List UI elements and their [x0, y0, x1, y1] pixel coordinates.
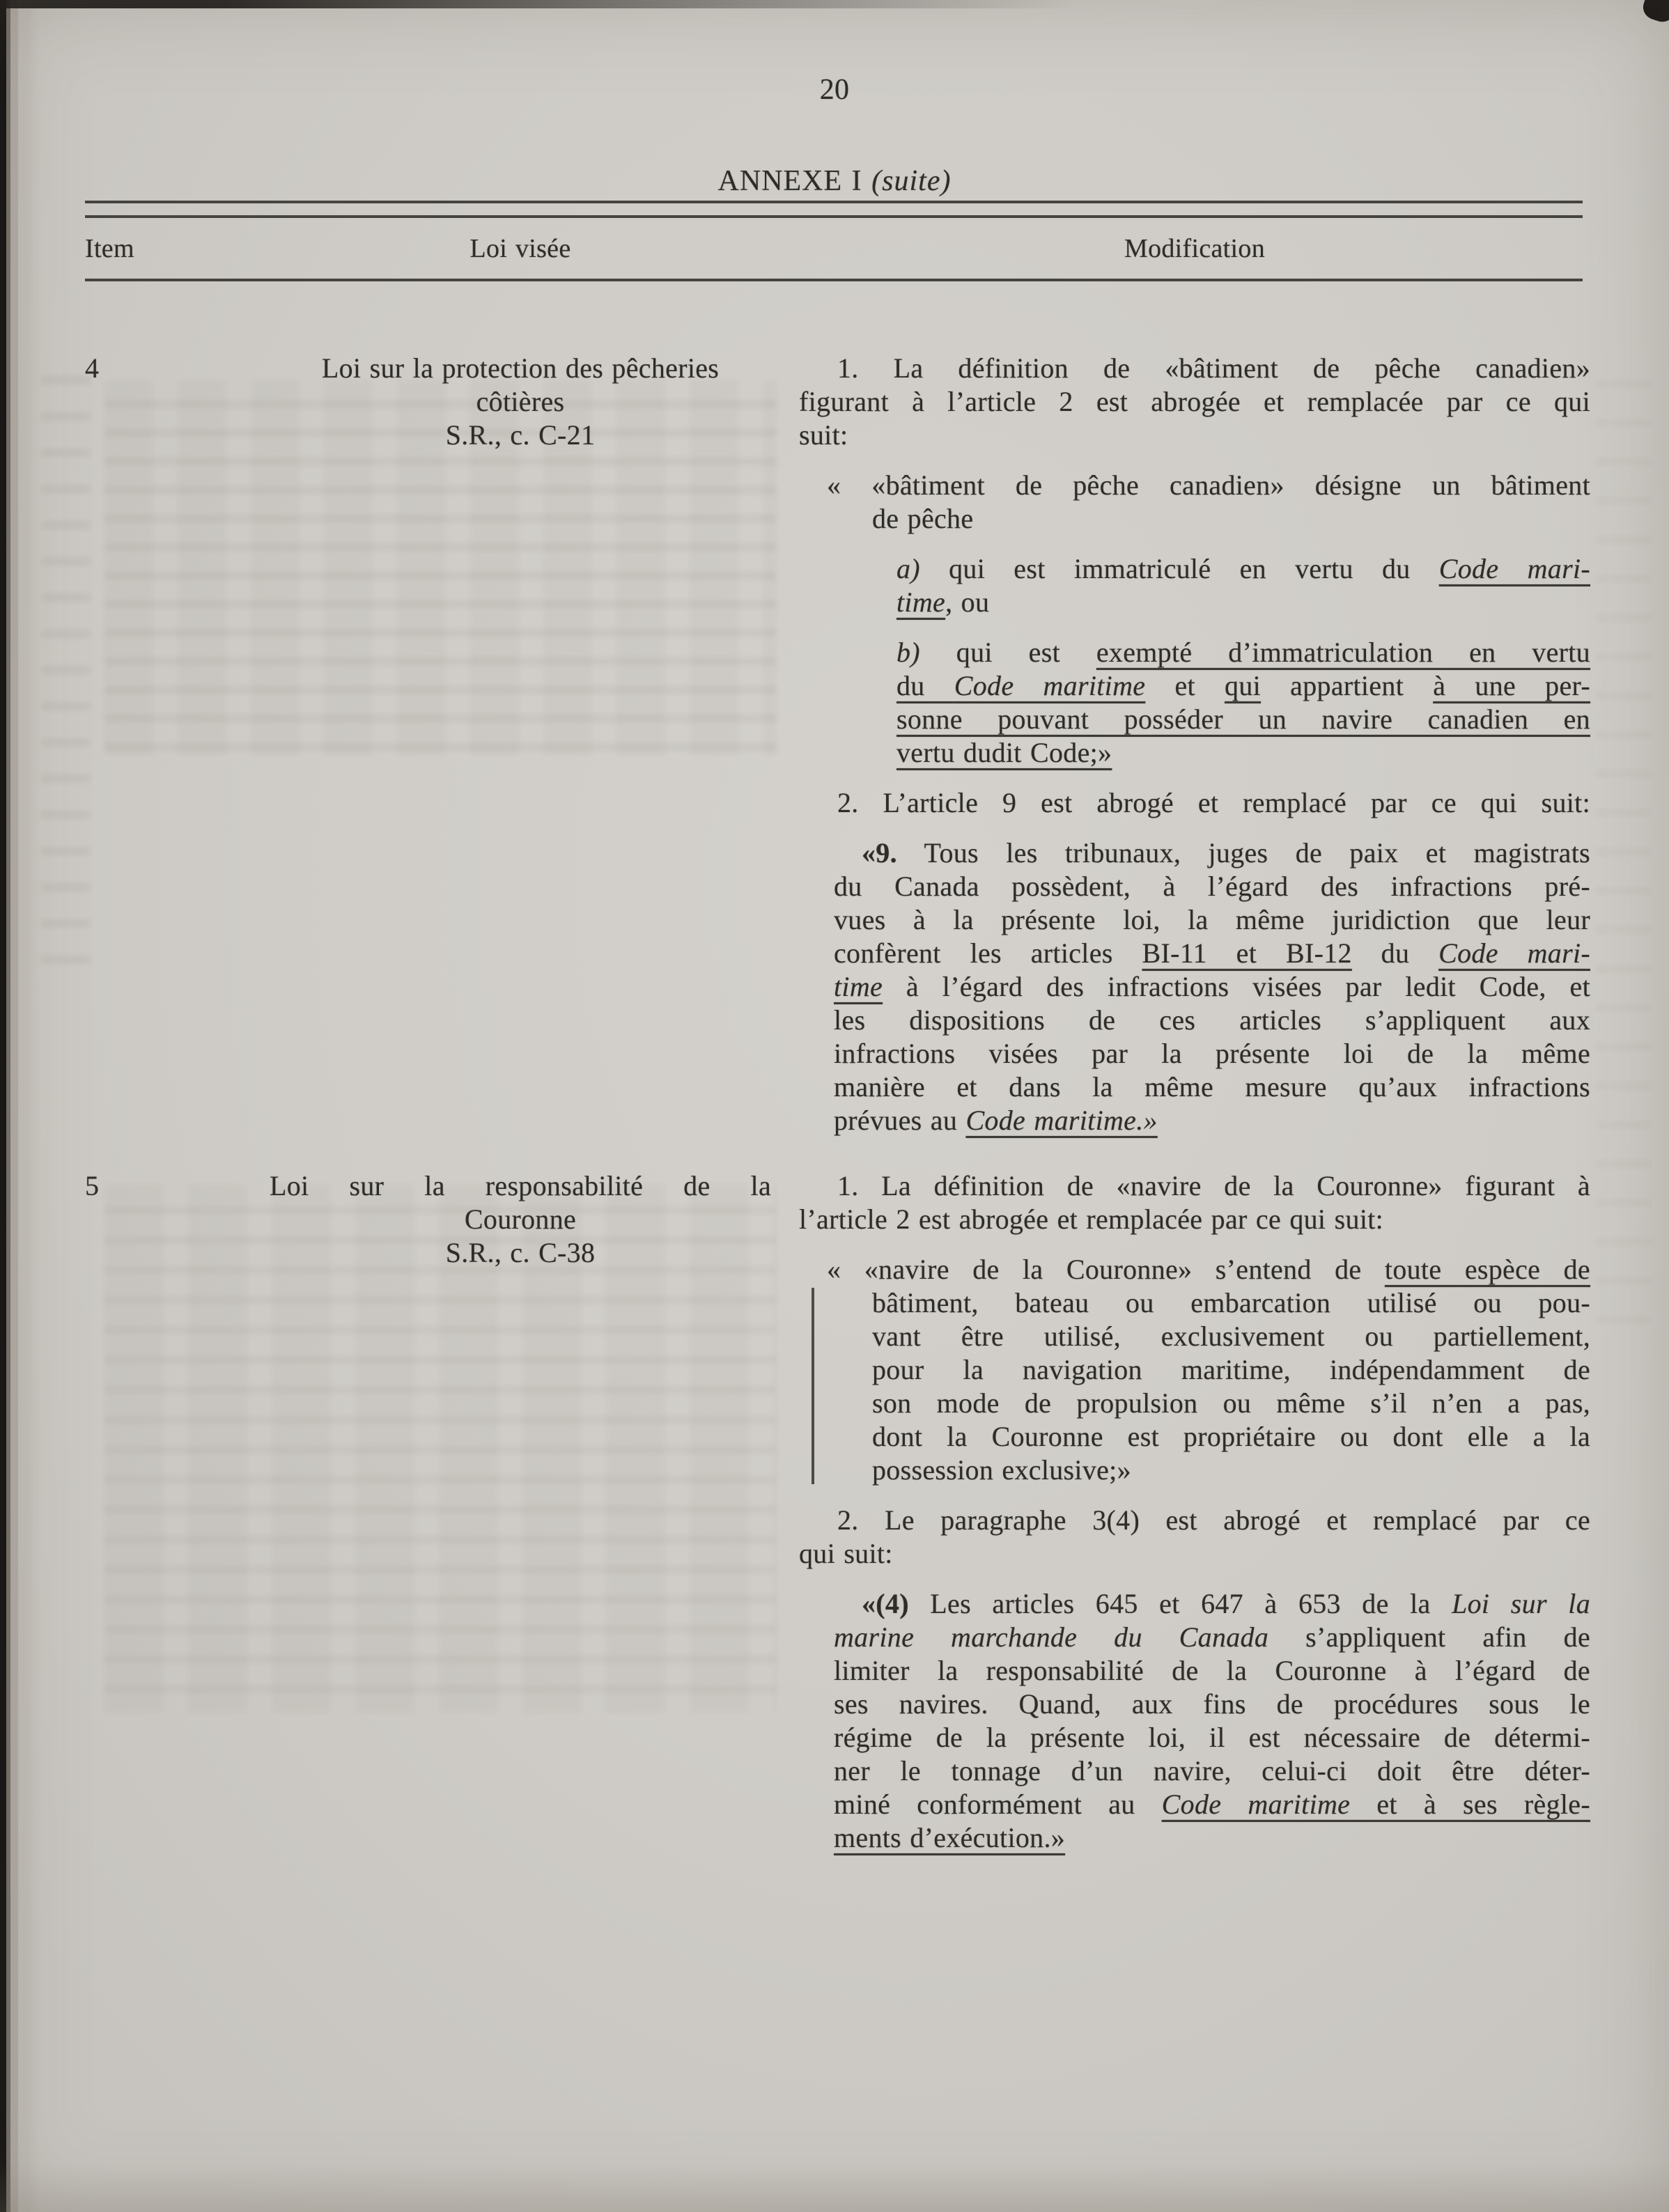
table-row: 5Loi sur la responsabilité de laCouronne… [85, 1169, 1590, 1855]
modification-paragraph: 2. L’article 9 est abrogé et remplacé pa… [799, 786, 1590, 820]
annexe-heading-suffix: (suite) [871, 165, 951, 197]
text-segment: infractions visées par la présente loi d… [834, 1038, 1590, 1069]
text-line: bâtiment, bateau ou embarcation utilisé … [872, 1286, 1590, 1320]
law-line: S.R., c. C-21 [270, 419, 771, 452]
text-segment: vertu dudit Code;» [896, 737, 1112, 768]
text-line: vant être utilisé, exclusivement ou part… [872, 1320, 1590, 1353]
law-line: Loi sur la responsabilité de la [270, 1169, 771, 1203]
text-line: time, ou [896, 586, 1590, 619]
text-segment: prévues au [834, 1105, 965, 1136]
row-law-cell: Loi sur la responsabilité de laCouronneS… [270, 1169, 771, 1270]
text-line: manière et dans la même mesure qu’aux in… [834, 1070, 1590, 1104]
text-segment: les dispositions de ces articles s’appli… [834, 1004, 1590, 1036]
text-line: time à l’égard des infractions visées pa… [834, 970, 1590, 1004]
text-segment: miné conformément au [834, 1789, 1162, 1820]
text-line: dont la Couronne est propriétaire ou don… [872, 1420, 1590, 1454]
text-segment: ses navires. Quand, aux fins de procédur… [834, 1688, 1590, 1720]
law-line: S.R., c. C-38 [270, 1236, 771, 1270]
text-segment: à une per- [1433, 670, 1590, 701]
text-segment: qui [1225, 670, 1261, 701]
row-modification-cell: 1. La définition de «navire de la Couron… [799, 1169, 1590, 1855]
text-line: du Code maritime et qui appartient à une… [896, 669, 1590, 703]
column-header-law: Loi visée [270, 233, 771, 265]
text-segment: sonne pouvant posséder un navire canadie… [896, 703, 1590, 735]
text-segment: bâtiment, bateau ou embarcation utilisé … [872, 1287, 1590, 1318]
text-line: de pêche [872, 502, 1590, 536]
text-segment: b) [896, 637, 920, 668]
text-segment: marine marchande du Canada [834, 1621, 1268, 1653]
text-segment: du [1352, 937, 1438, 969]
text-segment: confèrent les articles [834, 937, 1142, 969]
modification-paragraph: «(4) Les articles 645 et 647 à 653 de la… [799, 1587, 1590, 1855]
table-row: 4Loi sur la protection des pêcheriescôti… [85, 352, 1590, 1137]
text-segment: «9. [862, 837, 897, 869]
annexe-heading-main: ANNEXE I [718, 165, 872, 197]
text-segment: qui suit: [799, 1538, 893, 1569]
modification-paragraph: b) qui est exempté d’immatriculation en … [799, 636, 1590, 770]
text-line: b) qui est exempté d’immatriculation en … [896, 636, 1590, 669]
text-segment: , ou [945, 586, 989, 618]
text-line: prévues au Code maritime.» [834, 1104, 1590, 1137]
text-segment: Code maritime [954, 670, 1146, 701]
table-header-row: Item Loi visée Modification [85, 233, 1590, 265]
text-segment: time [834, 971, 883, 1002]
text-segment: 1. La définition de «navire de la Couron… [837, 1170, 1590, 1201]
text-segment: vant être utilisé, exclusivement ou part… [872, 1321, 1590, 1352]
text-line: l’article 2 est abrogée et remplacée par… [799, 1203, 1590, 1236]
text-segment: Code mari- [1439, 553, 1590, 584]
text-line: qui suit: [799, 1537, 1590, 1571]
modification-paragraph: «9. Tous les tribunaux, juges de paix et… [799, 836, 1590, 1137]
table-top-rule [85, 201, 1583, 218]
row-modification-cell: 1. La définition de «bâtiment de pêche c… [799, 352, 1590, 1137]
text-segment: Les articles 645 et 647 à 653 de la [909, 1588, 1452, 1619]
text-segment: vues à la présente loi, la même juridict… [834, 904, 1590, 935]
text-line: du Canada possèdent, à l’égard des infra… [834, 870, 1590, 903]
text-line: marine marchande du Canada s’appliquent … [834, 1621, 1590, 1654]
text-segment: appartient [1261, 670, 1433, 701]
text-segment: possession exclusive;» [872, 1454, 1131, 1486]
row-item-number: 4 [85, 352, 242, 385]
modification-paragraph: « «navire de la Couronne» s’entend de to… [799, 1253, 1590, 1487]
text-line: les dispositions de ces articles s’appli… [834, 1004, 1590, 1037]
text-segment: «(4) [862, 1588, 909, 1619]
law-line: Loi sur la protection des pêcheries [270, 352, 771, 385]
column-header-modification: Modification [799, 233, 1590, 265]
text-segment: 1. La définition de «bâtiment de pêche c… [837, 352, 1590, 384]
text-segment: exempté d’immatriculation en vertu [1096, 637, 1590, 668]
text-line: régime de la présente loi, il est nécess… [834, 1721, 1590, 1754]
text-segment: Code mari- [1438, 937, 1590, 969]
text-segment: de pêche [872, 503, 973, 534]
document-page: 20 ANNEXE I (suite) Item Loi visée Modif… [0, 0, 1669, 2212]
text-line: 2. Le paragraphe 3(4) est abrogé et remp… [799, 1504, 1590, 1537]
text-line: pour la navigation maritime, indépendamm… [872, 1353, 1590, 1387]
text-segment: du [896, 670, 954, 701]
text-segment: régime de la présente loi, il est nécess… [834, 1722, 1590, 1753]
row-item-number: 5 [85, 1169, 242, 1203]
page-number: 20 [0, 74, 1669, 106]
text-line: 1. La définition de «navire de la Couron… [799, 1169, 1590, 1203]
text-segment: Tous les tribunaux, juges de paix et mag… [897, 837, 1590, 869]
text-segment: Code maritime [1162, 1789, 1351, 1820]
text-line: confèrent les articles BI-11 et BI-12 du… [834, 937, 1590, 970]
text-line: ses navires. Quand, aux fins de procédur… [834, 1688, 1590, 1721]
law-line: Couronne [270, 1203, 771, 1236]
text-line: «9. Tous les tribunaux, juges de paix et… [834, 836, 1590, 870]
text-line: possession exclusive;» [872, 1454, 1590, 1487]
text-segment: du Canada possèdent, à l’égard des infra… [834, 871, 1590, 902]
text-line: « «bâtiment de pêche canadien» désigne u… [827, 469, 1590, 502]
row-law-cell: Loi sur la protection des pêcheriescôtiè… [270, 352, 771, 452]
text-segment: et à ses règle- [1350, 1789, 1590, 1820]
text-segment: toute espèce de [1385, 1254, 1590, 1285]
scan-bottom-shadow [0, 2163, 1669, 2212]
text-segment: à l’égard des infractions visées par led… [883, 971, 1590, 1002]
text-segment: son mode de propulsion ou même s’il n’en… [872, 1387, 1590, 1419]
text-segment: 2. Le paragraphe 3(4) est abrogé et remp… [837, 1504, 1590, 1536]
text-segment: a) [896, 553, 920, 584]
text-segment: ments d’exécution.» [834, 1822, 1065, 1853]
text-line: 2. L’article 9 est abrogé et remplacé pa… [799, 786, 1590, 820]
text-segment: limiter la responsabilité de la Couronne… [834, 1655, 1590, 1686]
text-segment: dont la Couronne est propriétaire ou don… [872, 1421, 1590, 1452]
text-line: infractions visées par la présente loi d… [834, 1037, 1590, 1070]
text-segment: « «bâtiment de pêche canadien» désigne u… [827, 469, 1590, 501]
text-line: miné conformément au Code maritime et à … [834, 1788, 1590, 1821]
text-segment: manière et dans la même mesure qu’aux in… [834, 1071, 1590, 1103]
modification-paragraph: 1. La définition de «navire de la Couron… [799, 1169, 1590, 1236]
text-segment: « «navire de la Couronne» s’entend de [827, 1254, 1385, 1285]
text-segment: l’article 2 est abrogée et remplacée par… [799, 1204, 1383, 1235]
text-line: vues à la présente loi, la même juridict… [834, 903, 1590, 937]
table-body: 4Loi sur la protection des pêcheriescôti… [85, 352, 1590, 1855]
text-line: ments d’exécution.» [834, 1821, 1590, 1855]
modification-paragraph: 2. Le paragraphe 3(4) est abrogé et remp… [799, 1504, 1590, 1571]
text-line: a) qui est immatriculé en vertu du Code … [896, 552, 1590, 586]
modification-paragraph: 1. La définition de «bâtiment de pêche c… [799, 352, 1590, 452]
text-line: son mode de propulsion ou même s’il n’en… [872, 1387, 1590, 1420]
bleed-through-artifact [1595, 348, 1651, 1323]
text-line: suit: [799, 419, 1590, 452]
law-line: côtières [270, 385, 771, 419]
column-header-item: Item [85, 233, 242, 265]
scan-corner-mark [1640, 0, 1669, 25]
annexe-heading: ANNEXE I (suite) [0, 164, 1669, 198]
modification-paragraph: a) qui est immatriculé en vertu du Code … [799, 552, 1590, 619]
text-line: vertu dudit Code;» [896, 736, 1590, 770]
text-line: figurant à l’article 2 est abrogée et re… [799, 385, 1590, 419]
scan-edge-left [0, 0, 39, 2212]
scan-edge-top [0, 0, 1115, 8]
text-segment: BI-11 et BI-12 [1142, 937, 1351, 969]
text-segment: qui est [920, 637, 1096, 668]
text-segment: qui est immatriculé en vertu du [920, 553, 1439, 584]
modification-paragraph: « «bâtiment de pêche canadien» désigne u… [799, 469, 1590, 536]
text-line: ner le tonnage d’un navire, celui-ci doi… [834, 1754, 1590, 1788]
text-line: sonne pouvant posséder un navire canadie… [896, 703, 1590, 736]
table-header-rule [85, 279, 1583, 281]
text-segment: Loi sur la [1452, 1588, 1590, 1619]
text-line: «(4) Les articles 645 et 647 à 653 de la… [834, 1587, 1590, 1621]
text-segment: et [1145, 670, 1225, 701]
text-segment: time [896, 586, 945, 618]
bleed-through-artifact [42, 348, 91, 975]
text-line: 1. La définition de «bâtiment de pêche c… [799, 352, 1590, 385]
text-line: « «navire de la Couronne» s’entend de to… [827, 1253, 1590, 1286]
text-segment: figurant à l’article 2 est abrogée et re… [799, 386, 1590, 417]
text-segment: suit: [799, 419, 848, 451]
text-segment: Code maritime.» [965, 1105, 1157, 1136]
text-segment: ner le tonnage d’un navire, celui-ci doi… [834, 1755, 1590, 1786]
text-segment: 2. L’article 9 est abrogé et remplacé pa… [837, 787, 1590, 818]
text-line: limiter la responsabilité de la Couronne… [834, 1654, 1590, 1688]
text-segment: pour la navigation maritime, indépendamm… [872, 1354, 1590, 1385]
text-segment: s’appliquent afin de [1268, 1621, 1590, 1653]
